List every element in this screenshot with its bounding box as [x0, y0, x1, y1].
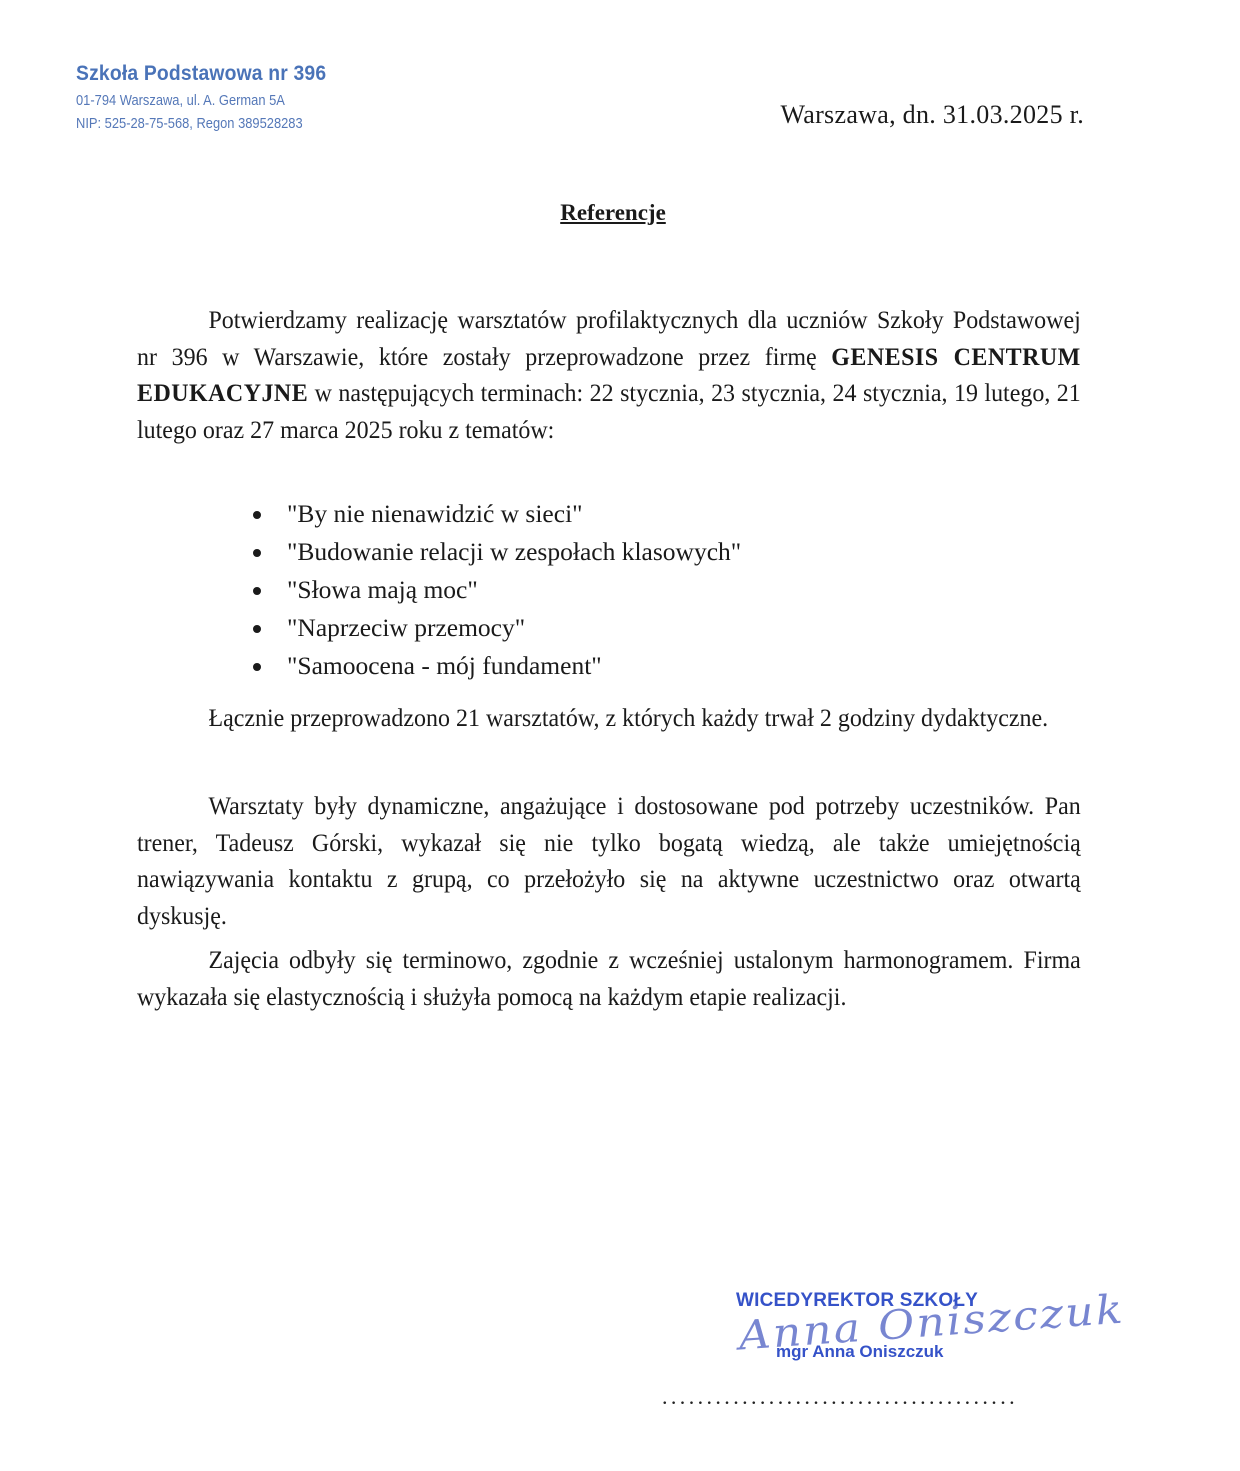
list-item: "Naprzeciw przemocy" [245, 609, 741, 647]
list-item: "Samoocena - mój fundament" [245, 647, 741, 685]
paragraph-intro: Potwierdzamy realizację warsztatów profi… [137, 302, 1081, 448]
signature-line: ........................................ [662, 1384, 1018, 1410]
school-address: 01-794 Warszawa, ul. A. German 5A [76, 92, 310, 109]
topic-list: "By nie nienawidzić w sieci" "Budowanie … [245, 495, 741, 685]
list-item: "Słowa mają moc" [245, 571, 741, 609]
date-line: Warszawa, dn. 31.03.2025 r. [781, 100, 1085, 130]
document-title: Referencje [0, 200, 1226, 226]
paragraph-summary: Łącznie przeprowadzono 21 warsztatów, z … [137, 700, 1081, 737]
list-item: "By nie nienawidzić w sieci" [245, 495, 741, 533]
signatory-name: mgr Anna Oniszczuk [776, 1342, 944, 1362]
signature-stamp: WICEDYREKTOR SZKOŁY Anna Oniszczuk mgr A… [736, 1290, 1056, 1312]
paragraph-schedule: Zajęcia odbyły się terminowo, zgodnie z … [137, 942, 1081, 1015]
paragraph-evaluation: Warsztaty były dynamiczne, angażujące i … [137, 788, 1081, 934]
school-name: Szkoła Podstawowa nr 396 [76, 62, 326, 86]
letterhead: Szkoła Podstawowa nr 396 01-794 Warszawa… [76, 62, 348, 132]
list-item: "Budowanie relacji w zespołach klasowych… [245, 533, 741, 571]
school-tax-ids: NIP: 525-28-75-568, Regon 389528283 [76, 115, 310, 132]
